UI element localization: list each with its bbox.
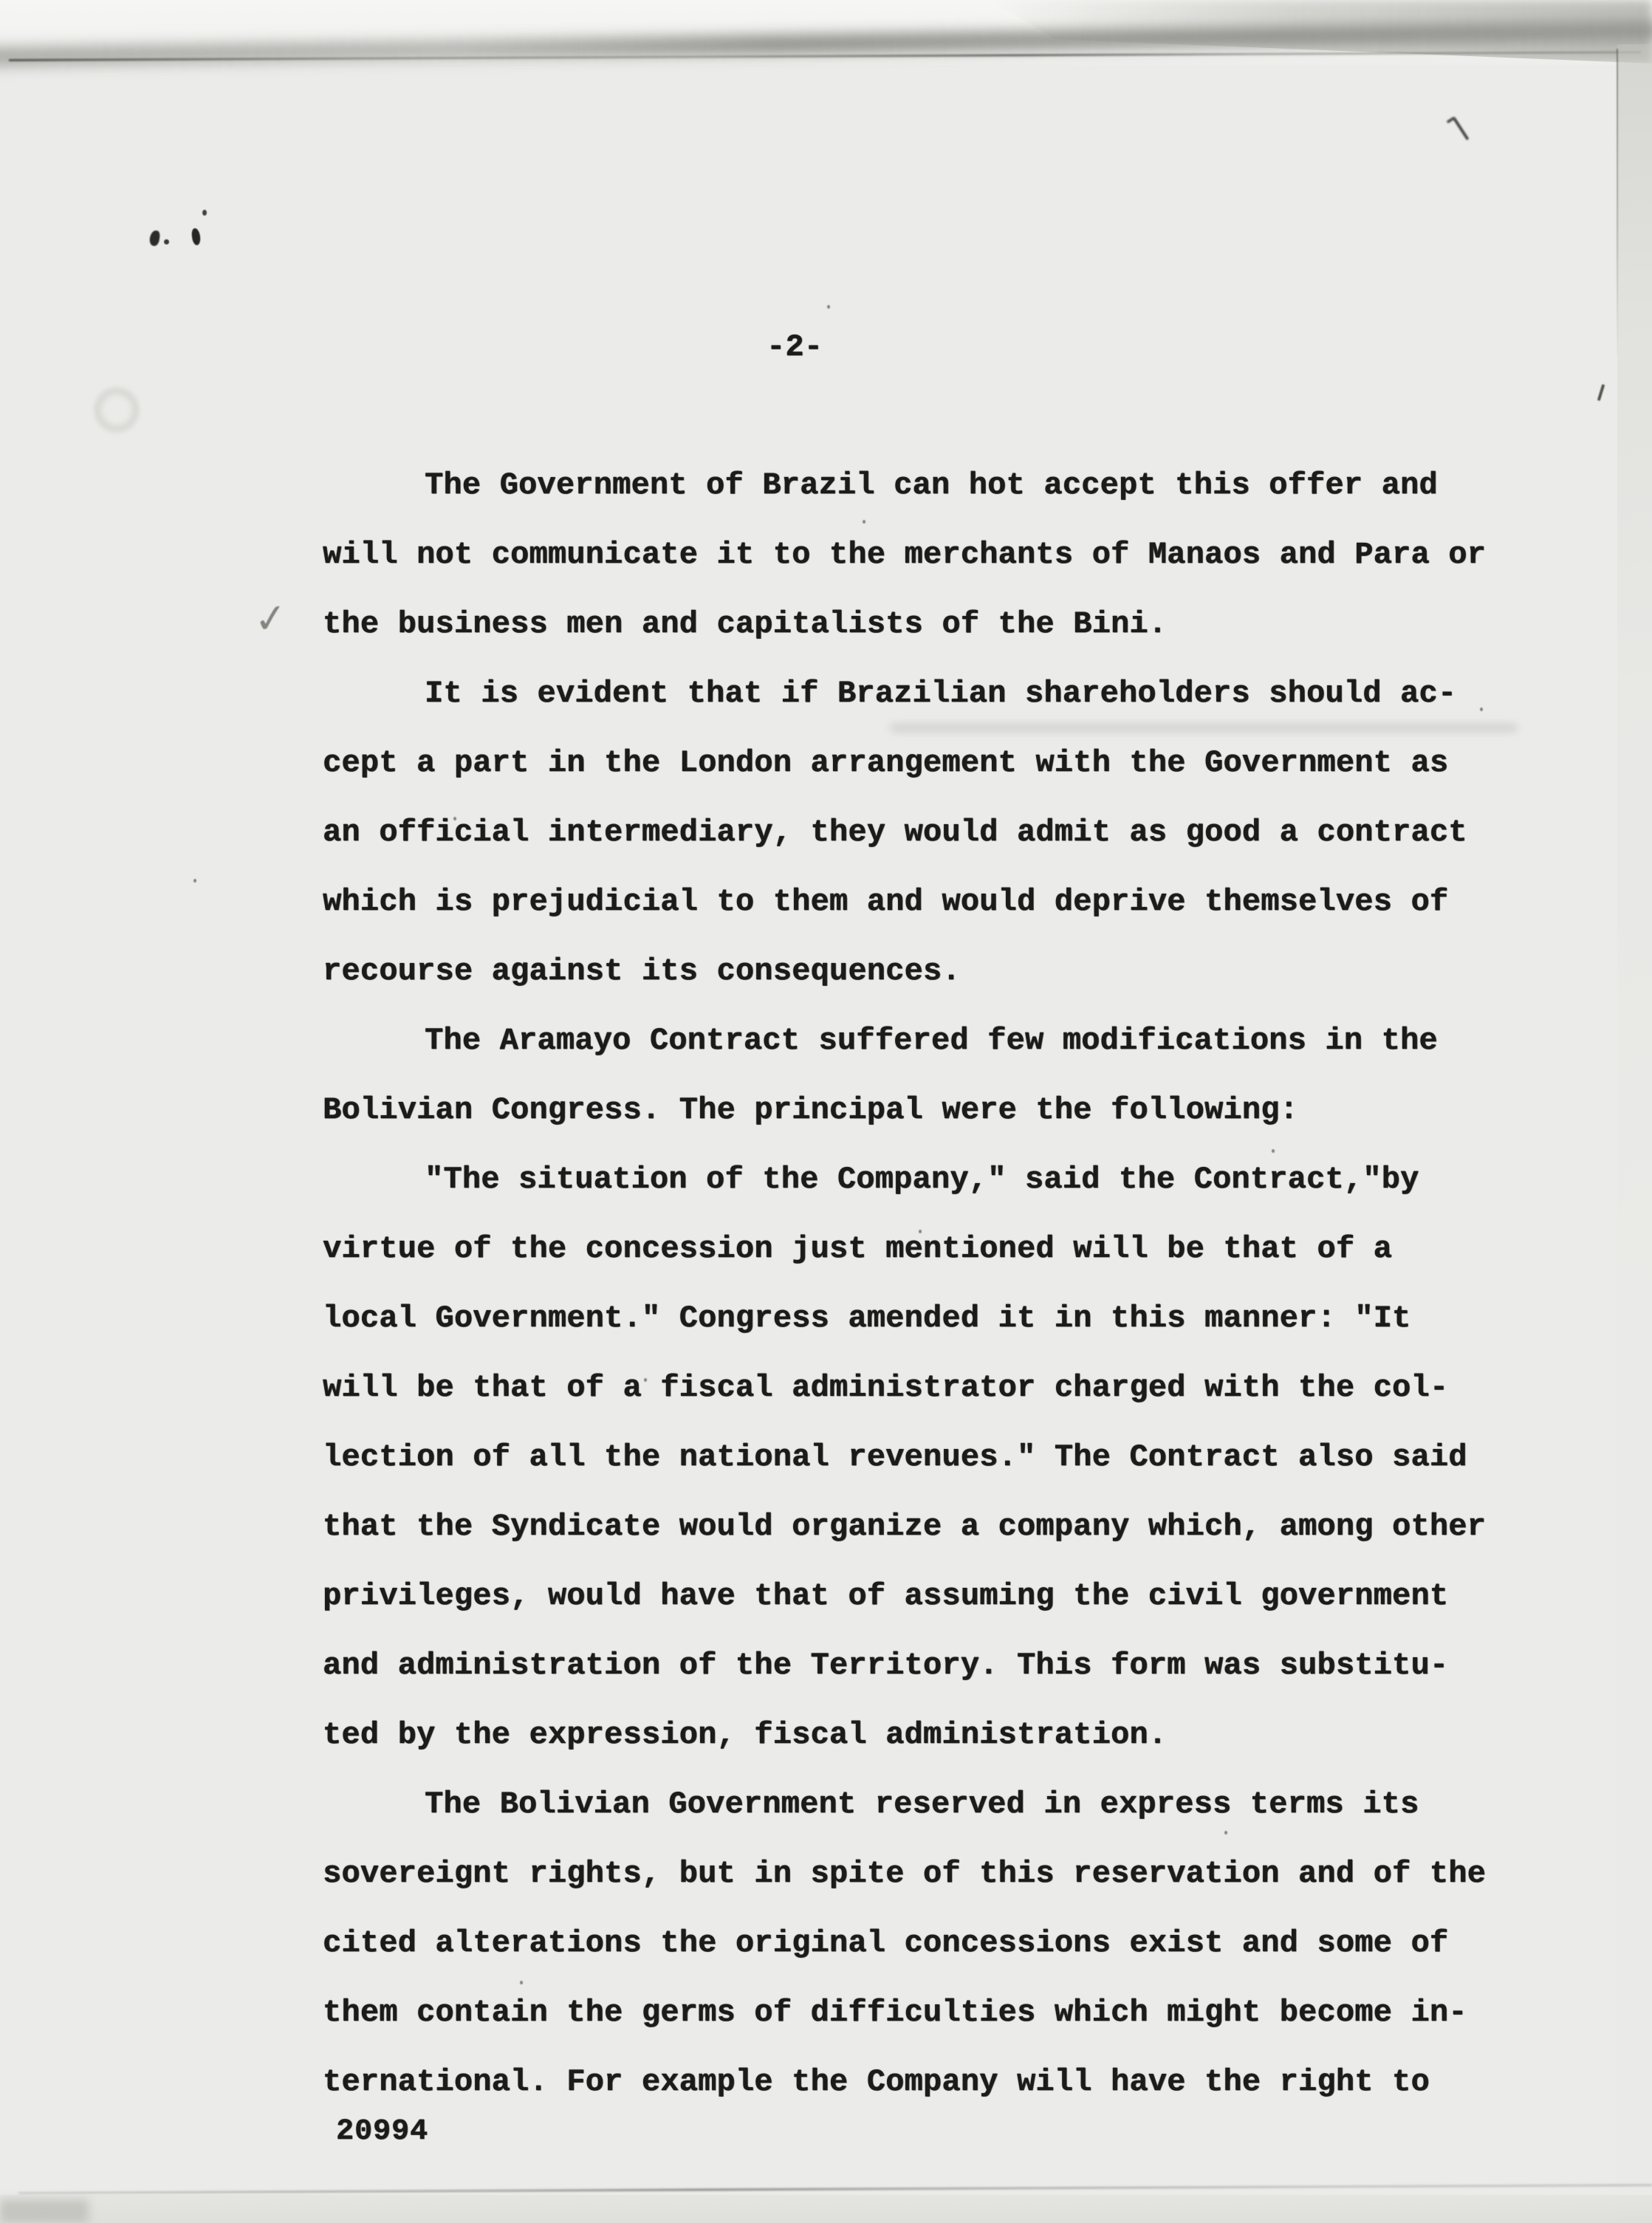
typewritten-line: The Aramayo Contract suffered few modifi… <box>323 1023 1438 1058</box>
scanned-document-page: ✓ -2- The Government of Brazil can hot a… <box>0 0 1652 2223</box>
typewritten-line: sovereignt rights, but in spite of this … <box>323 1856 1486 1891</box>
paper-stain <box>93 386 140 434</box>
ink-speck <box>202 210 207 216</box>
scan-bottom-margin <box>0 2195 1652 2223</box>
ink-speck <box>827 305 830 309</box>
typewritten-line: "The situation of the Company," said the… <box>323 1162 1419 1197</box>
typewritten-line: local Government." Congress amended it i… <box>323 1301 1411 1336</box>
ink-speck <box>193 879 196 883</box>
typewritten-line: privileges, would have that of assuming … <box>323 1578 1448 1614</box>
typewritten-line: will be that of a fiscal administrator c… <box>323 1370 1448 1405</box>
pen-stroke-mark <box>1453 117 1470 140</box>
page-number: -2- <box>767 329 823 365</box>
ink-speck <box>1224 1831 1227 1835</box>
pen-tick-mark <box>1597 384 1605 401</box>
ink-speck <box>863 520 866 524</box>
typewritten-line: them contain the germs of difficulties w… <box>323 1995 1467 2030</box>
typewritten-line: an official intermediary, they would adm… <box>323 815 1467 850</box>
ink-speck <box>1272 1149 1275 1153</box>
typewritten-line: Bolivian Congress. The principal were th… <box>323 1092 1298 1128</box>
typewritten-line: that the Syndicate would organize a comp… <box>323 1509 1486 1544</box>
page-bottom-edge-line <box>18 2184 1652 2194</box>
checkmark-annotation-icon: ✓ <box>252 594 290 643</box>
typewritten-line: the business men and capitalists of the … <box>323 606 1167 642</box>
page-right-edge-shadow <box>1617 44 1652 2223</box>
typewritten-line: It is evident that if Brazilian sharehol… <box>323 676 1456 711</box>
ink-blot <box>191 227 202 245</box>
typewritten-line: cept a part in the London arrangement wi… <box>323 745 1448 781</box>
typewritten-line: virtue of the concession just mentioned … <box>323 1231 1392 1267</box>
typewritten-line: which is prejudicial to them and would d… <box>323 884 1448 919</box>
typewritten-line: ternational. For example the Company wil… <box>323 2064 1430 2100</box>
ink-blot <box>149 230 161 247</box>
ink-speck <box>520 1981 523 1984</box>
typewritten-line: lection of all the national revenues." T… <box>323 1439 1467 1475</box>
reference-number: 20994 <box>336 2115 428 2148</box>
ink-speck <box>1480 708 1483 711</box>
typewriter-ghost-smudge <box>890 723 1518 733</box>
typewritten-line: ted by the expression, fiscal administra… <box>323 1717 1167 1753</box>
page-right-edge-line <box>1617 49 1618 359</box>
typewritten-line: and administration of the Territory. Thi… <box>323 1648 1448 1683</box>
typewritten-line: recourse against its consequences. <box>323 953 961 989</box>
typewritten-line: The Government of Brazil can hot accept … <box>323 467 1438 503</box>
typewritten-line: will not communicate it to the merchants… <box>323 537 1486 572</box>
typewritten-line: cited alterations the original concessio… <box>323 1925 1448 1961</box>
typewritten-line: The Bolivian Government reserved in expr… <box>323 1787 1419 1822</box>
scan-bottom-left-shadow <box>0 2199 89 2223</box>
ink-blot <box>164 239 169 244</box>
